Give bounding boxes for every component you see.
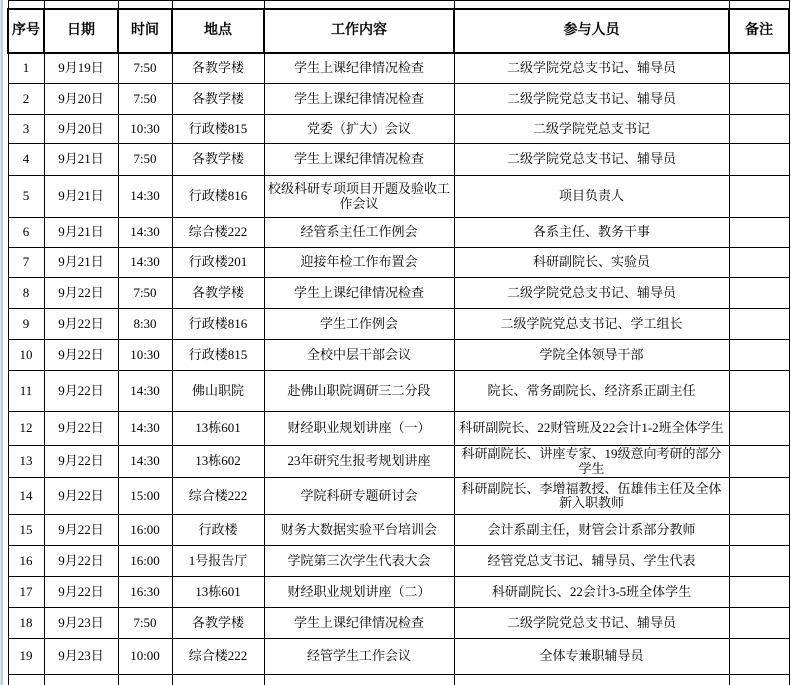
cell-time[interactable]: 7:50: [118, 278, 172, 309]
cell-time[interactable]: 16:30: [118, 577, 172, 608]
cell-time[interactable]: 15:00: [118, 478, 172, 515]
cell-date[interactable]: 9月23日: [44, 608, 118, 639]
cell-time[interactable]: 16:00: [118, 546, 172, 577]
cell-remark[interactable]: [729, 546, 789, 577]
table-row: 169月22日16:001号报告厅学院第三次学生代表大会经管党总支书记、辅导员、…: [8, 546, 789, 577]
cell-date[interactable]: 9月21日: [44, 144, 118, 176]
table-row: 199月23日10:00综合楼222经管学生工作会议全体专兼职辅导员: [8, 639, 789, 675]
cell-location[interactable]: 行政楼815: [172, 340, 264, 371]
cell-participants[interactable]: 二级学院党总支书记: [454, 115, 729, 144]
cell-date[interactable]: 9月22日: [44, 340, 118, 371]
cell-location[interactable]: 行政楼816: [172, 176, 264, 218]
partial-row-bottom: [8, 675, 789, 685]
cell-time[interactable]: 8:30: [118, 309, 172, 340]
partial-cell: [454, 1, 729, 9]
table-row: 149月22日15:00综合楼222学院科研专题研讨会科研副院长、李增福教授、伍…: [8, 478, 789, 515]
table-row: 19月19日7:50各教学楼学生上课纪律情况检查二级学院党总支书记、辅导员: [8, 53, 789, 84]
cell-remark[interactable]: [729, 53, 789, 84]
cell-content[interactable]: 财经职业规划讲座（一）: [264, 412, 454, 446]
table-row: 159月22日16:00行政楼财务大数据实验平台培训会会计系副主任，财管会计系部…: [8, 515, 789, 546]
cell-time[interactable]: 7:50: [118, 608, 172, 639]
cell-date[interactable]: 9月22日: [44, 577, 118, 608]
cell-content[interactable]: 学生上课纪律情况检查: [264, 278, 454, 309]
partial-cell: [172, 1, 264, 9]
cell-no[interactable]: 4: [8, 144, 44, 176]
cell-remark[interactable]: [729, 577, 789, 608]
cell-participants[interactable]: 二级学院党总支书记、辅导员: [454, 84, 729, 115]
cell-content[interactable]: 学院科研专题研讨会: [264, 478, 454, 515]
table-row: 69月21日14:30综合楼222经管系主任工作例会各系主任、教务干事: [8, 218, 789, 248]
cell-no[interactable]: 12: [8, 412, 44, 446]
cell-location[interactable]: 各教学楼: [172, 608, 264, 639]
partial-cell: [8, 675, 44, 685]
partial-cell: [118, 1, 172, 9]
cell-participants[interactable]: 会计系副主任，财管会计系部分教师: [454, 515, 729, 546]
cell-location[interactable]: 各教学楼: [172, 84, 264, 115]
cell-date[interactable]: 9月21日: [44, 218, 118, 248]
cell-no[interactable]: 10: [8, 340, 44, 371]
cell-remark[interactable]: [729, 478, 789, 515]
cell-participants[interactable]: 科研副院长、22会计3-5班全体学生: [454, 577, 729, 608]
table-row: 39月20日10:30行政楼815党委（扩大）会议二级学院党总支书记: [8, 115, 789, 144]
cell-time[interactable]: 10:30: [118, 115, 172, 144]
cell-time[interactable]: 10:00: [118, 639, 172, 675]
cell-location[interactable]: 综合楼222: [172, 639, 264, 675]
cell-no[interactable]: 14: [8, 478, 44, 515]
window-edge: [0, 0, 3, 685]
partial-cell: [264, 1, 454, 9]
cell-participants[interactable]: 院长、常务副院长、经济系正副主任: [454, 371, 729, 412]
cell-content[interactable]: 23年研究生报考规划讲座: [264, 446, 454, 478]
cell-participants[interactable]: 二级学院党总支书记、学工组长: [454, 309, 729, 340]
header-row: 序号 日期 时间 地点 工作内容 参与人员 备注: [8, 9, 789, 53]
table-row: 129月22日14:3013栋601财经职业规划讲座（一）科研副院长、22财管班…: [8, 412, 789, 446]
partial-cell: [729, 675, 789, 685]
cell-date[interactable]: 9月22日: [44, 446, 118, 478]
cell-participants[interactable]: 学院全体领导干部: [454, 340, 729, 371]
cell-content[interactable]: 财经职业规划讲座（二）: [264, 577, 454, 608]
partial-cell: [44, 675, 118, 685]
col-header-date[interactable]: 日期: [44, 9, 118, 53]
cell-location[interactable]: 综合楼222: [172, 478, 264, 515]
cell-content[interactable]: 全校中层干部会议: [264, 340, 454, 371]
cell-content[interactable]: 学生工作例会: [264, 309, 454, 340]
cell-participants[interactable]: 项目负责人: [454, 176, 729, 218]
cell-time[interactable]: 7:50: [118, 84, 172, 115]
cell-time[interactable]: 14:30: [118, 412, 172, 446]
cell-date[interactable]: 9月22日: [44, 515, 118, 546]
cell-location[interactable]: 各教学楼: [172, 278, 264, 309]
cell-date[interactable]: 9月22日: [44, 412, 118, 446]
col-header-content[interactable]: 工作内容: [264, 9, 454, 53]
table-row: 179月22日16:3013栋601财经职业规划讲座（二）科研副院长、22会计3…: [8, 577, 789, 608]
partial-row-top: [8, 1, 789, 9]
cell-remark[interactable]: [729, 115, 789, 144]
cell-remark[interactable]: [729, 446, 789, 478]
cell-no[interactable]: 11: [8, 371, 44, 412]
cell-date[interactable]: 9月23日: [44, 639, 118, 675]
cell-content[interactable]: 经管系主任工作例会: [264, 218, 454, 248]
table-row: 99月22日8:30行政楼816学生工作例会二级学院党总支书记、学工组长: [8, 309, 789, 340]
cell-content[interactable]: 学生上课纪律情况检查: [264, 84, 454, 115]
cell-content[interactable]: 学生上课纪律情况检查: [264, 608, 454, 639]
cell-no[interactable]: 19: [8, 639, 44, 675]
cell-date[interactable]: 9月22日: [44, 309, 118, 340]
table-row: 29月20日7:50各教学楼学生上课纪律情况检查二级学院党总支书记、辅导员: [8, 84, 789, 115]
partial-cell: [44, 1, 118, 9]
cell-remark[interactable]: [729, 340, 789, 371]
cell-remark[interactable]: [729, 218, 789, 248]
cell-no[interactable]: 3: [8, 115, 44, 144]
table-row: 109月22日10:30行政楼815全校中层干部会议学院全体领导干部: [8, 340, 789, 371]
cell-location[interactable]: 13栋601: [172, 412, 264, 446]
cell-time[interactable]: 14:30: [118, 446, 172, 478]
cell-location[interactable]: 各教学楼: [172, 53, 264, 84]
cell-location[interactable]: 各教学楼: [172, 144, 264, 176]
cell-participants[interactable]: 二级学院党总支书记、辅导员: [454, 53, 729, 84]
cell-content[interactable]: 学生上课纪律情况检查: [264, 53, 454, 84]
cell-content[interactable]: 党委（扩大）会议: [264, 115, 454, 144]
cell-participants[interactable]: 科研副院长、李增福教授、伍雄伟主任及全体新入职教师: [454, 478, 729, 515]
table-row: 119月22日14:30佛山职院赴佛山职院调研三二分段院长、常务副院长、经济系正…: [8, 371, 789, 412]
cell-date[interactable]: 9月21日: [44, 248, 118, 278]
table-row: 139月22日14:3013栋60223年研究生报考规划讲座科研副院长、讲座专家…: [8, 446, 789, 478]
cell-no[interactable]: 6: [8, 218, 44, 248]
cell-remark[interactable]: [729, 515, 789, 546]
cell-location[interactable]: 行政楼201: [172, 248, 264, 278]
cell-date[interactable]: 9月22日: [44, 371, 118, 412]
cell-participants[interactable]: 二级学院党总支书记、辅导员: [454, 608, 729, 639]
cell-time[interactable]: 7:50: [118, 53, 172, 84]
cell-date[interactable]: 9月21日: [44, 176, 118, 218]
col-header-remark[interactable]: 备注: [729, 9, 789, 53]
partial-cell: [118, 675, 172, 685]
table-row: 49月21日7:50各教学楼学生上课纪律情况检查二级学院党总支书记、辅导员: [8, 144, 789, 176]
table-row: 59月21日14:30行政楼816校级科研专项项目开题及验收工作会议项目负责人: [8, 176, 789, 218]
cell-content[interactable]: 学院第三次学生代表大会: [264, 546, 454, 577]
cell-participants[interactable]: 全体专兼职辅导员: [454, 639, 729, 675]
cell-no[interactable]: 8: [8, 278, 44, 309]
partial-cell: [454, 675, 729, 685]
cell-date[interactable]: 9月22日: [44, 546, 118, 577]
partial-cell: [8, 1, 44, 9]
cell-location[interactable]: 行政楼815: [172, 115, 264, 144]
cell-content[interactable]: 迎接年检工作布置会: [264, 248, 454, 278]
cell-location[interactable]: 行政楼816: [172, 309, 264, 340]
cell-no[interactable]: 16: [8, 546, 44, 577]
cell-participants[interactable]: 二级学院党总支书记、辅导员: [454, 144, 729, 176]
partial-cell: [264, 675, 454, 685]
cell-participants[interactable]: 各系主任、教务干事: [454, 218, 729, 248]
cell-remark[interactable]: [729, 176, 789, 218]
cell-participants[interactable]: 科研副院长、22财管班及22会计1-2班全体学生: [454, 412, 729, 446]
cell-remark[interactable]: [729, 371, 789, 412]
cell-participants[interactable]: 科研副院长、讲座专家、19级意向考研的部分学生: [454, 446, 729, 478]
cell-date[interactable]: 9月22日: [44, 478, 118, 515]
cell-content[interactable]: 经管学生工作会议: [264, 639, 454, 675]
cell-time[interactable]: 16:00: [118, 515, 172, 546]
cell-no[interactable]: 13: [8, 446, 44, 478]
cell-location[interactable]: 佛山职院: [172, 371, 264, 412]
col-header-time[interactable]: 时间: [118, 9, 172, 53]
col-header-no[interactable]: 序号: [8, 9, 44, 53]
cell-time[interactable]: 14:30: [118, 248, 172, 278]
cell-remark[interactable]: [729, 309, 789, 340]
cell-remark[interactable]: [729, 608, 789, 639]
cell-no[interactable]: 17: [8, 577, 44, 608]
cell-participants[interactable]: 二级学院党总支书记、辅导员: [454, 278, 729, 309]
cell-no[interactable]: 18: [8, 608, 44, 639]
cell-date[interactable]: 9月19日: [44, 53, 118, 84]
cell-no[interactable]: 5: [8, 176, 44, 218]
cell-time[interactable]: 14:30: [118, 218, 172, 248]
cell-location[interactable]: 13栋601: [172, 577, 264, 608]
cell-location[interactable]: 1号报告厅: [172, 546, 264, 577]
cell-location[interactable]: 行政楼: [172, 515, 264, 546]
cell-remark[interactable]: [729, 639, 789, 675]
cell-time[interactable]: 14:30: [118, 176, 172, 218]
cell-no[interactable]: 15: [8, 515, 44, 546]
cell-participants[interactable]: 科研副院长、实验员: [454, 248, 729, 278]
table-row: 189月23日7:50各教学楼学生上课纪律情况检查二级学院党总支书记、辅导员: [8, 608, 789, 639]
cell-time[interactable]: 10:30: [118, 340, 172, 371]
cell-remark[interactable]: [729, 278, 789, 309]
cell-content[interactable]: 赴佛山职院调研三二分段: [264, 371, 454, 412]
col-header-participants[interactable]: 参与人员: [454, 9, 729, 53]
cell-remark[interactable]: [729, 144, 789, 176]
cell-no[interactable]: 2: [8, 84, 44, 115]
cell-location[interactable]: 13栋602: [172, 446, 264, 478]
col-header-location[interactable]: 地点: [172, 9, 264, 53]
table-row: 79月21日14:30行政楼201迎接年检工作布置会科研副院长、实验员: [8, 248, 789, 278]
cell-date[interactable]: 9月20日: [44, 84, 118, 115]
cell-no[interactable]: 1: [8, 53, 44, 84]
cell-remark[interactable]: [729, 248, 789, 278]
cell-no[interactable]: 9: [8, 309, 44, 340]
cell-time[interactable]: 7:50: [118, 144, 172, 176]
cell-no[interactable]: 7: [8, 248, 44, 278]
cell-remark[interactable]: [729, 412, 789, 446]
cell-content[interactable]: 校级科研专项项目开题及验收工作会议: [264, 176, 454, 218]
cell-time[interactable]: 14:30: [118, 371, 172, 412]
partial-cell: [172, 675, 264, 685]
cell-content[interactable]: 学生上课纪律情况检查: [264, 144, 454, 176]
cell-date[interactable]: 9月22日: [44, 278, 118, 309]
cell-location[interactable]: 综合楼222: [172, 218, 264, 248]
cell-content[interactable]: 财务大数据实验平台培训会: [264, 515, 454, 546]
cell-participants[interactable]: 经管党总支书记、辅导员、学生代表: [454, 546, 729, 577]
cell-date[interactable]: 9月20日: [44, 115, 118, 144]
schedule-table: 序号 日期 时间 地点 工作内容 参与人员 备注 19月19日7:50各教学楼学…: [7, 0, 790, 685]
partial-cell: [729, 1, 789, 9]
table-row: 89月22日7:50各教学楼学生上课纪律情况检查二级学院党总支书记、辅导员: [8, 278, 789, 309]
cell-remark[interactable]: [729, 84, 789, 115]
